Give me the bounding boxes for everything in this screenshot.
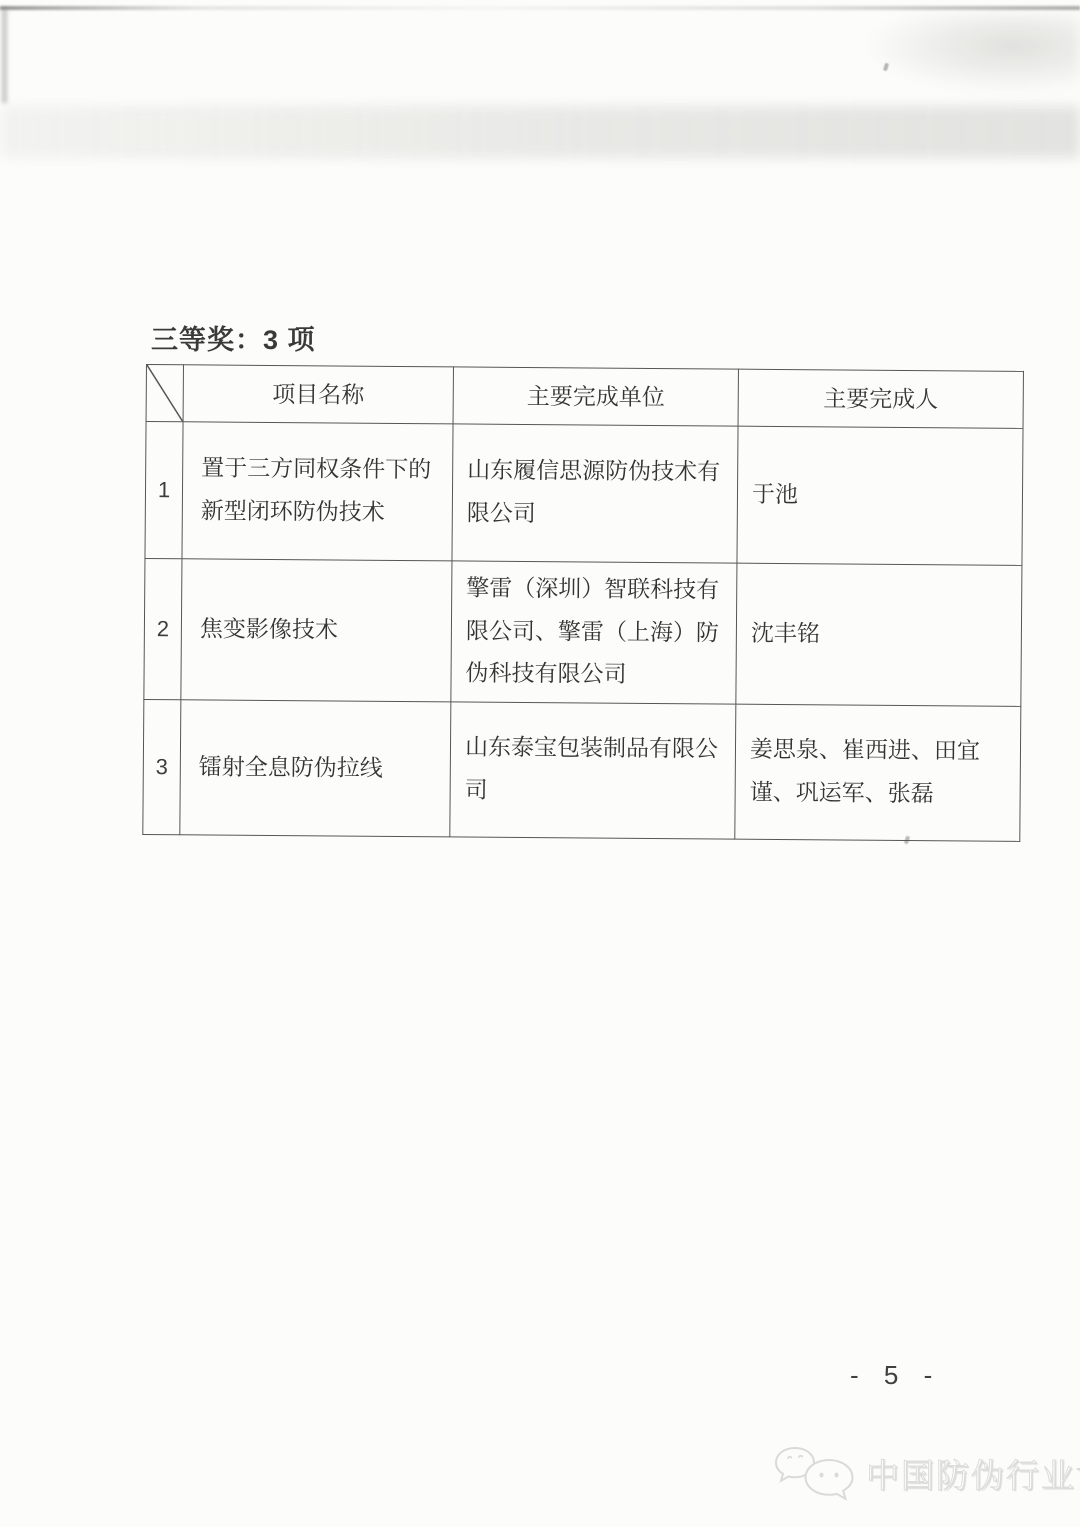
award-table: 项目名称 主要完成单位 主要完成人 1 置于三方同权条件下的新型闭环防伪技术 山… xyxy=(142,364,1024,842)
footer-watermark: 中国防伪行业协会 xyxy=(772,1442,1080,1504)
org-name: 山东泰宝包装制品有限公司 xyxy=(450,702,736,839)
person-names: 于池 xyxy=(737,426,1023,565)
scan-artifact-left-edge xyxy=(2,8,7,103)
table-header-row: 项目名称 主要完成单位 主要完成人 xyxy=(146,365,1023,429)
row-index: 3 xyxy=(143,699,181,834)
project-name: 置于三方同权条件下的新型闭环防伪技术 xyxy=(182,422,453,561)
row-index: 1 xyxy=(145,422,183,559)
scan-artifact-band xyxy=(0,106,1080,158)
project-name: 镭射全息防伪拉线 xyxy=(180,700,451,837)
section-title: 三等奖：3 项 xyxy=(151,318,316,357)
project-name: 焦变影像技术 xyxy=(181,559,452,702)
page-number: - 5 - xyxy=(850,1360,941,1391)
document-page: 三等奖：3 项 项目名称 主要完成单位 主要完成人 xyxy=(0,0,1080,1527)
table-row: 3 镭射全息防伪拉线 山东泰宝包装制品有限公司 姜思泉、崔西进、田宜谨、巩运军、… xyxy=(143,699,1021,841)
wechat-icon xyxy=(772,1442,860,1504)
scan-artifact-blotch xyxy=(860,14,1080,94)
org-name: 擎雷（深圳）智联科技有限公司、擎雷（上海）防伪科技有限公司 xyxy=(451,561,737,704)
watermark-text: 中国防伪行业协会 xyxy=(866,1450,1080,1497)
person-names: 姜思泉、崔西进、田宜谨、巩运军、张磊 xyxy=(735,704,1021,841)
award-table-wrapper: 项目名称 主要完成单位 主要完成人 1 置于三方同权条件下的新型闭环防伪技术 山… xyxy=(142,364,1024,842)
header-cell-person: 主要完成人 xyxy=(738,369,1023,428)
diagonal-line-icon xyxy=(147,365,183,421)
org-name: 山东履信思源防伪技术有限公司 xyxy=(452,424,738,563)
header-cell-org: 主要完成单位 xyxy=(453,367,738,426)
table-row: 2 焦变影像技术 擎雷（深圳）智联科技有限公司、擎雷（上海）防伪科技有限公司 沈… xyxy=(144,558,1022,706)
header-cell-project: 项目名称 xyxy=(183,365,453,424)
row-index: 2 xyxy=(144,558,182,699)
scan-artifact-top-edge xyxy=(0,6,1080,10)
header-cell-index xyxy=(146,365,183,422)
scan-speck xyxy=(883,63,889,72)
person-names: 沈丰铭 xyxy=(736,563,1022,706)
table-row: 1 置于三方同权条件下的新型闭环防伪技术 山东履信思源防伪技术有限公司 于池 xyxy=(145,422,1023,566)
